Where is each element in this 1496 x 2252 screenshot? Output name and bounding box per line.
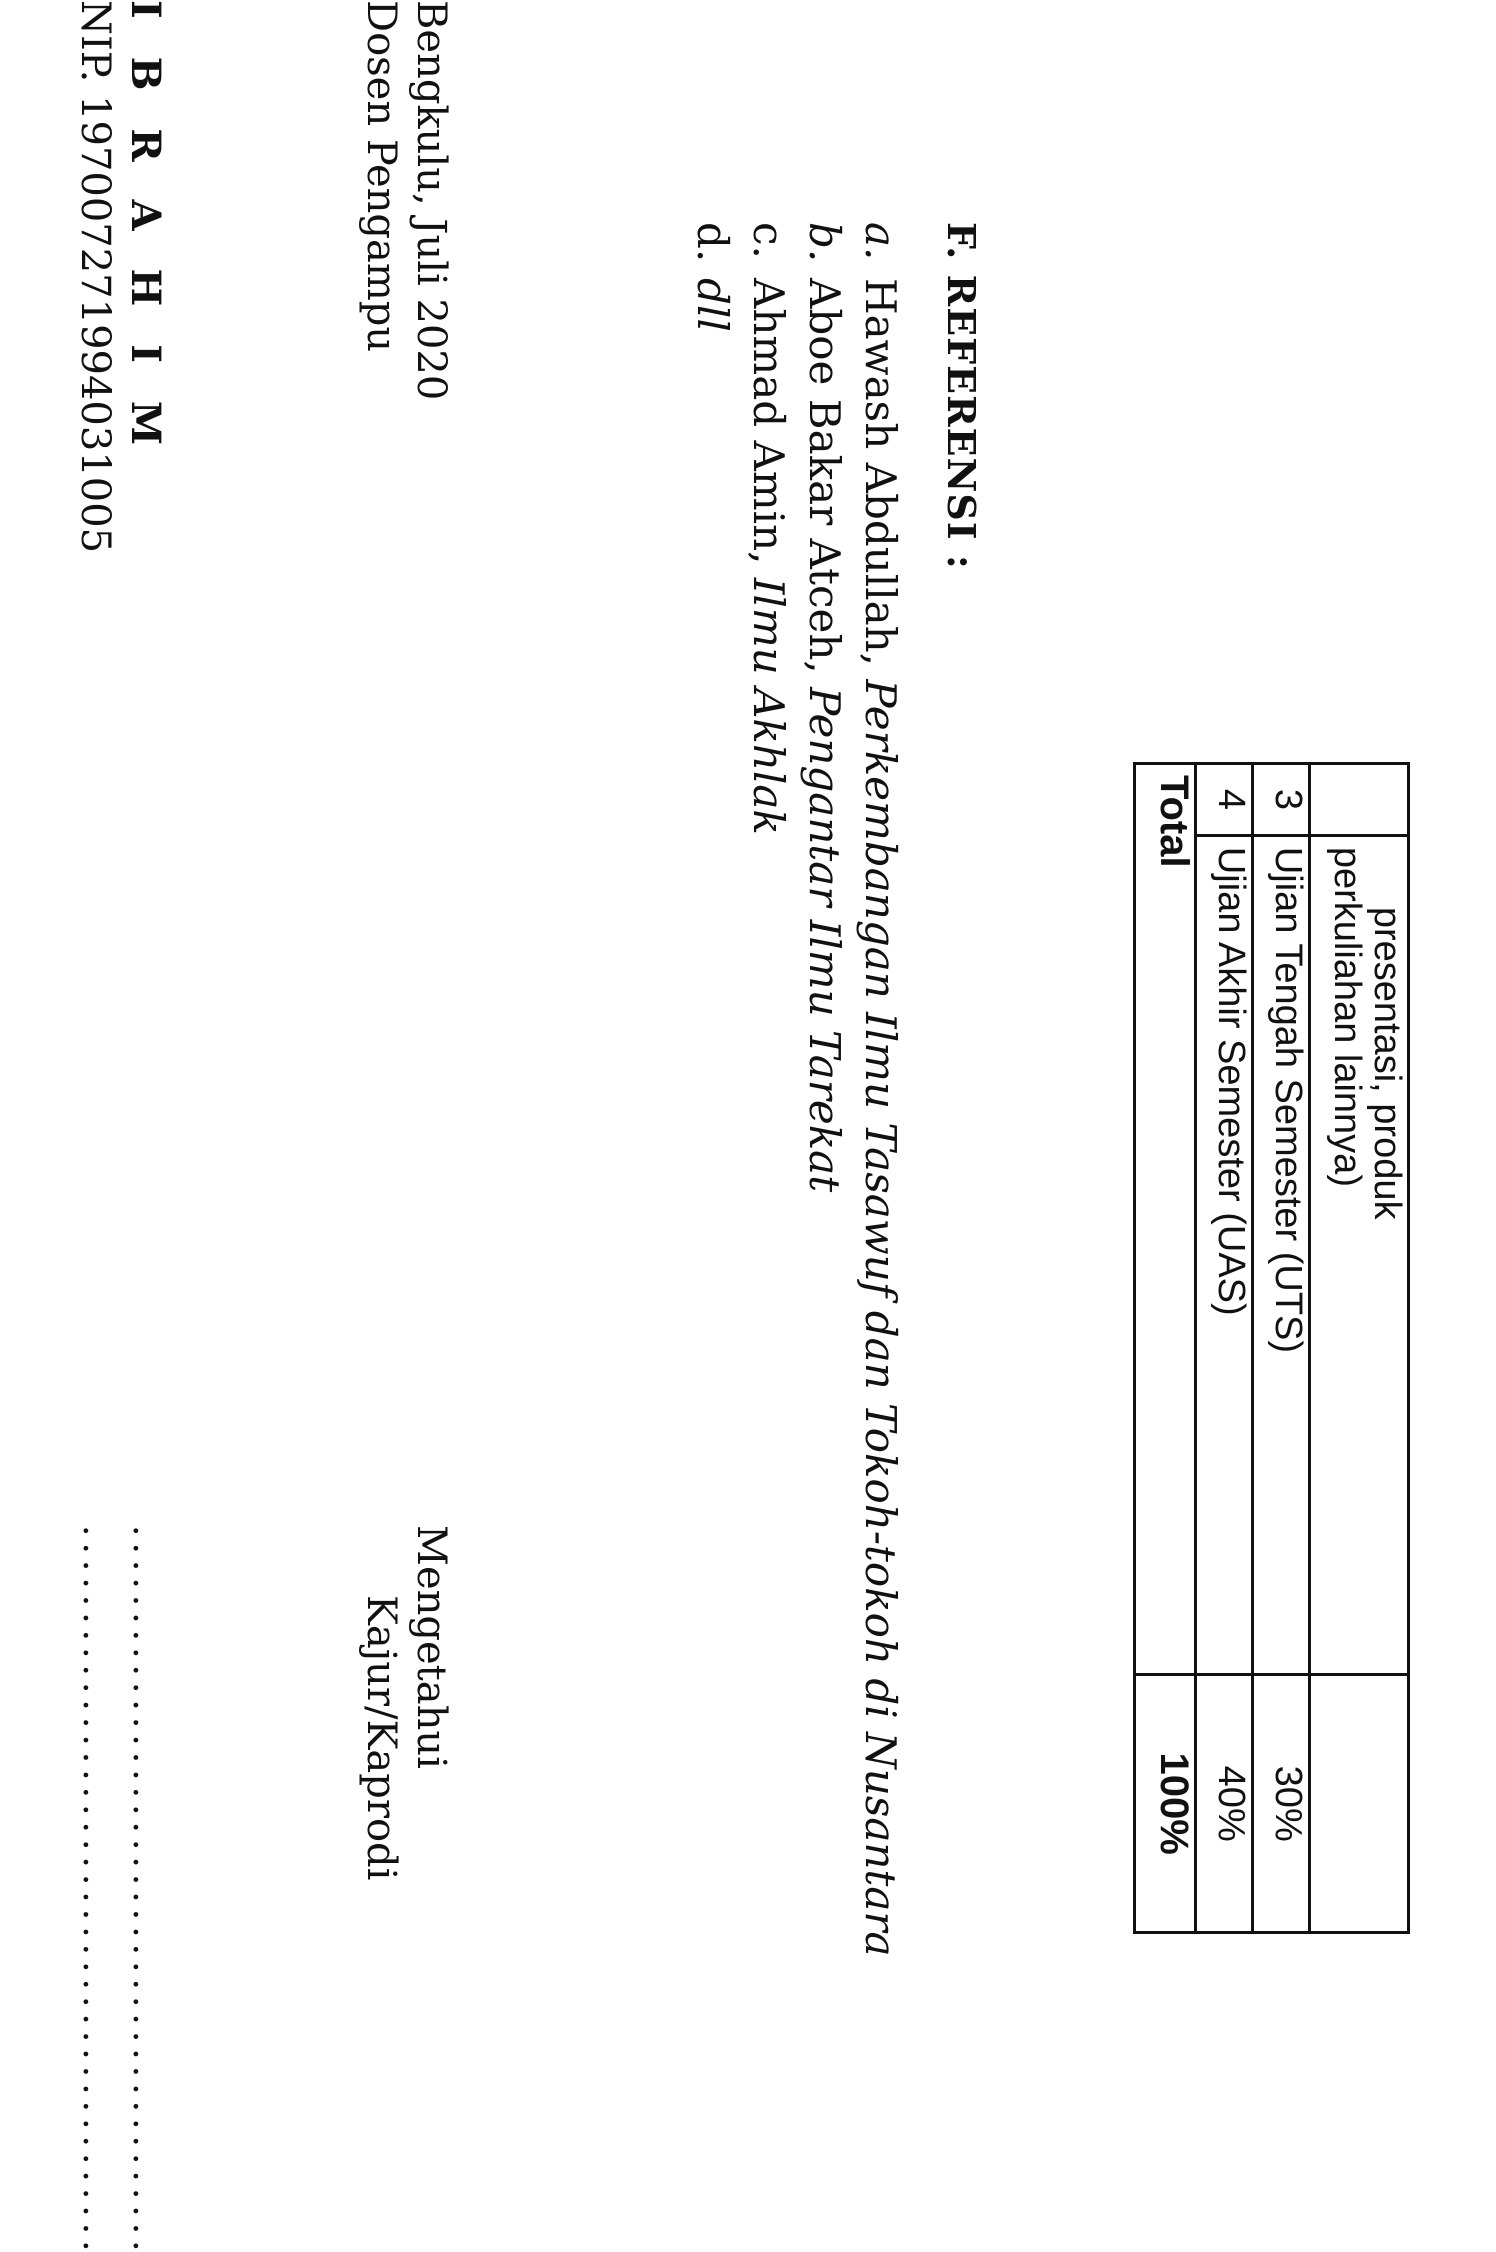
- total-weight: 100%: [1135, 1675, 1196, 1933]
- reference-item: c.Ahmad Amin, Ilmu Akhlak: [740, 222, 796, 1956]
- place-date: Bengkulu, Juli 2020: [406, 0, 456, 553]
- document-page: presentasi, produk perkuliahan lainnya) …: [0, 0, 1496, 2252]
- table-cell-description: presentasi, produk perkuliahan lainnya): [1310, 835, 1409, 1675]
- reference-marker: d.: [684, 222, 740, 278]
- table-cell-weight: [1310, 1675, 1409, 1933]
- table-cell-no: 4: [1196, 764, 1253, 836]
- assessment-weights-table: presentasi, produk perkuliahan lainnya) …: [1133, 762, 1410, 1934]
- references-heading: F. REFERENSI :: [939, 222, 984, 570]
- reference-item: d.dll: [684, 222, 740, 1956]
- lecturer-name: I B R A H I M: [120, 0, 170, 553]
- reference-author: Hawash Abdullah,: [856, 278, 905, 679]
- reference-author: Aboe Bakar Atceh,: [800, 278, 849, 687]
- head-role: Kajur/Kaprodi: [356, 1525, 406, 2252]
- table-row: presentasi, produk perkuliahan lainnya): [1310, 764, 1409, 1933]
- description-line: perkuliahan lainnya): [1326, 847, 1368, 1187]
- table-cell-no: [1310, 764, 1409, 836]
- table-cell-weight: 40%: [1196, 1675, 1253, 1933]
- acknowledged-label: Mengetahui: [406, 1525, 456, 2252]
- description-line: presentasi, produk: [1367, 847, 1407, 1664]
- table-cell-description: Ujian Akhir Semester (UAS): [1196, 835, 1253, 1675]
- reference-title: Pengantar Ilmu Tarekat: [800, 687, 849, 1192]
- head-nip-placeholder: ........................................…: [70, 1525, 120, 2252]
- table-cell-no: 3: [1253, 764, 1310, 836]
- references-list: a.Hawash Abdullah, Perkembangan Ilmu Tas…: [684, 222, 908, 1956]
- head-signature-block: Mengetahui Kajur/Kaprodi ...............…: [70, 1525, 456, 2252]
- total-label: Total: [1135, 764, 1196, 1675]
- reference-marker: a.: [852, 222, 908, 278]
- reference-author: Ahmad Amin,: [744, 278, 793, 578]
- lecturer-nip: NIP. 197007271994031005: [70, 0, 120, 553]
- table-total-row: Total 100%: [1135, 764, 1196, 1933]
- table-cell-weight: 30%: [1253, 1675, 1310, 1933]
- lecturer-signature-block: Bengkulu, Juli 2020 Dosen Pengampu I B R…: [70, 0, 456, 553]
- table-row: 3 Ujian Tengah Semester (UTS) 30%: [1253, 764, 1310, 1933]
- reference-item: b.Aboe Bakar Atceh, Pengantar Ilmu Tarek…: [796, 222, 852, 1956]
- head-name-placeholder: ........................................…: [120, 1525, 170, 2252]
- reference-title: Perkembangan Ilmu Tasawuf dan Tokoh-toko…: [856, 679, 905, 1956]
- reference-marker: c.: [740, 222, 796, 278]
- reference-title: Ilmu Akhlak: [744, 578, 793, 835]
- reference-item: a.Hawash Abdullah, Perkembangan Ilmu Tas…: [852, 222, 908, 1956]
- table-row: 4 Ujian Akhir Semester (UAS) 40%: [1196, 764, 1253, 1933]
- lecturer-role: Dosen Pengampu: [356, 0, 406, 553]
- reference-marker: b.: [796, 222, 852, 278]
- table-cell-description: Ujian Tengah Semester (UTS): [1253, 835, 1310, 1675]
- reference-title: dll: [688, 278, 737, 332]
